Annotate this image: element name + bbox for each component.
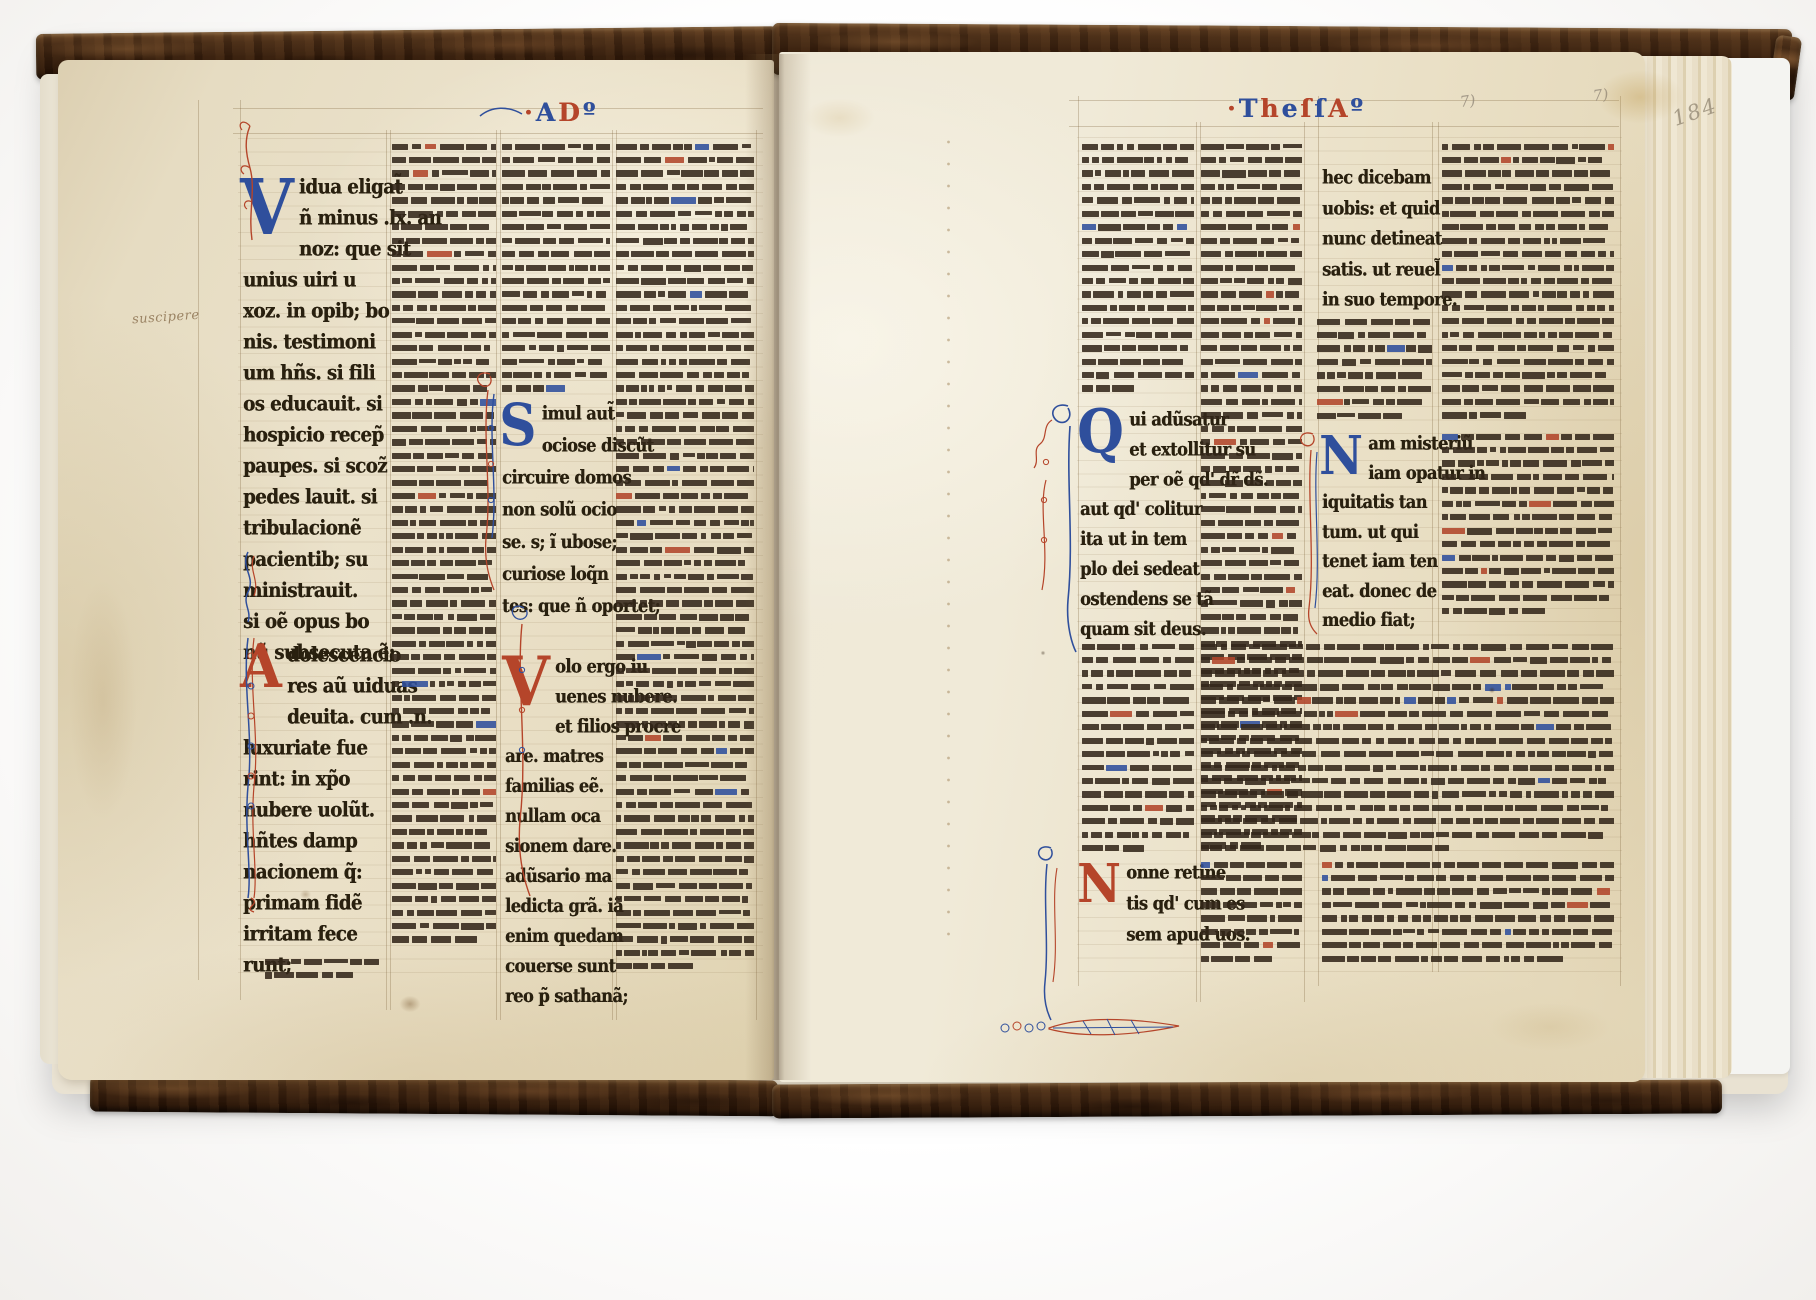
initial-Q-qui: Q [1077,408,1123,470]
leather-binding-bottom-right [772,1080,1722,1119]
gloss-wide [1201,640,1614,855]
bible-text-qui-adversatur: Q ui adũsaturet extollitur super oẽ qd' … [1080,405,1193,645]
gloss-column-b-low [1201,858,1302,966]
left-page: ·ADº suscipere V idua eligat̃ñ minus .lx… [58,60,774,1080]
initial-A-adolescentiores: A [240,643,281,703]
bible-text-nonne: N onne retinetis qd' cum essem apud uos. [1080,858,1193,951]
leather-binding-bottom-left [90,1076,778,1117]
gloss-column-a-tail [265,955,387,982]
initial-N-nam: N [1319,433,1362,489]
pricking-holes [947,140,950,952]
running-title-right: ·TheſſAº [1227,96,1363,121]
bible-text-nam-misterium: N am misteriũiam opatur iniquitatis tant… [1322,430,1430,636]
gloss-column-d-top [1442,140,1614,422]
bible-text-hec-dicebam: hec dicebamuobis: et quidnunc detineatsa… [1322,163,1430,315]
pencil-mark-1: 7) [1459,91,1477,111]
gloss-column-c-gap [1317,315,1432,423]
initial-S-simul: S [499,401,536,461]
bible-text-adolescentiores: A dolescenciores aũ uiduasdeuita. cum .n… [243,640,383,981]
gloss-wide-low [1322,858,1614,966]
gloss-column-a-mid [1082,640,1194,855]
bible-text-vidua: V idua eligat̃ñ minus .lx. annoz: que si… [243,172,383,668]
right-page: ·TheſſAº 7) 7) Q ui adũsaturet extollitu… [779,52,1645,1082]
running-title-flourish [478,102,524,124]
gloss-column-d [616,140,754,973]
gloss-column-d-mid [1442,430,1614,618]
margin-note-suscipere: suscipere [132,308,200,328]
pencil-mark-2: 7) [1592,85,1610,105]
running-title-left: ·ADº [524,100,595,125]
page-edge-stack-right [1632,56,1732,1078]
gloss-column-b [392,140,496,946]
initial-V-volo: V [502,655,549,741]
penwork-qui-filigree [1022,400,1080,656]
bible-text-volo: V olo ergo iuuenes nubere.et filios proc… [505,652,611,1012]
manuscript-photo: ·ADº suscipere V idua eligat̃ñ minus .lx… [0,0,1816,1300]
initial-N-nonne: N [1077,861,1120,921]
bible-text-simul: S imul aut̃ociose discũtcircuire domosno… [502,398,610,623]
initial-V-vidua: V [240,175,293,265]
gloss-column-c-top [502,140,610,395]
gloss-column-a-top [1082,140,1194,395]
